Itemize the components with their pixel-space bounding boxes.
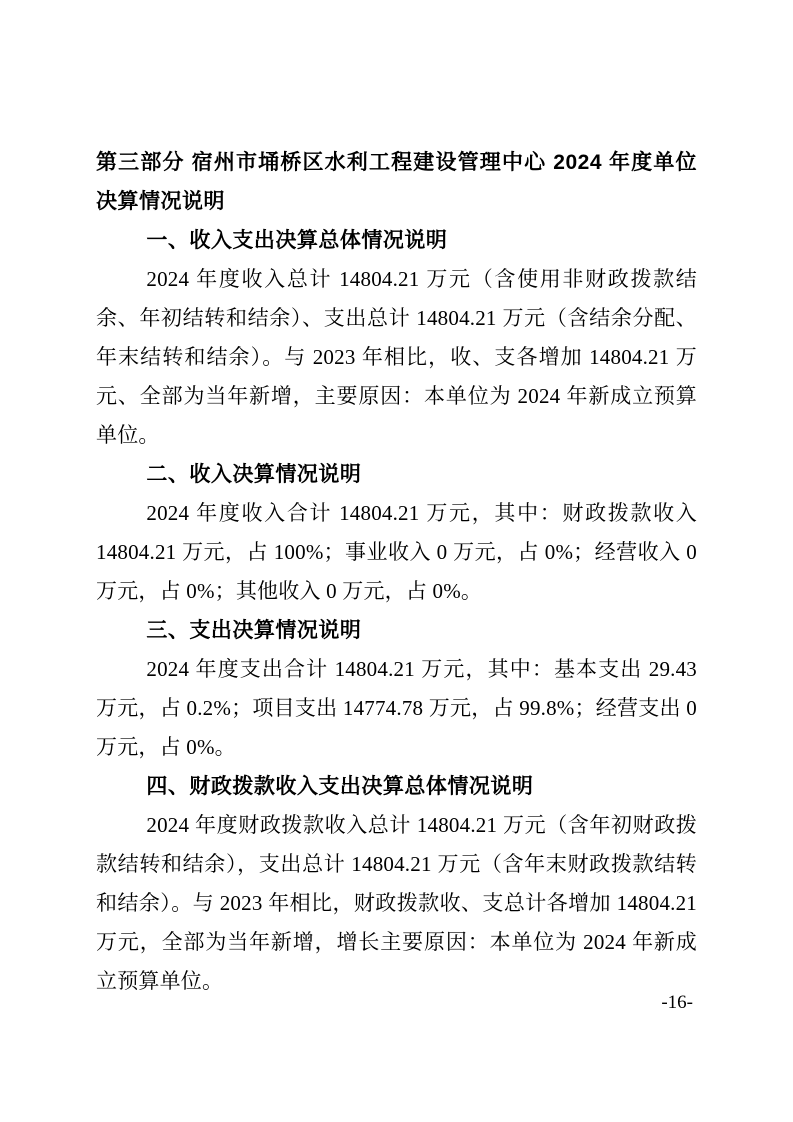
document-title: 第三部分 宿州市埇桥区水利工程建设管理中心 2024 年度单位决算情况说明 xyxy=(96,143,697,221)
section-1-heading: 一、收入支出决算总体情况说明 xyxy=(96,221,697,260)
section-3-paragraph: 2024 年度支出合计 14804.21 万元，其中：基本支出 29.43 万元… xyxy=(96,650,697,767)
section-overall-revenue-expenditure: 一、收入支出决算总体情况说明 2024 年度收入总计 14804.21 万元（含… xyxy=(96,221,697,455)
section-expenditure-details: 三、支出决算情况说明 2024 年度支出合计 14804.21 万元，其中：基本… xyxy=(96,611,697,767)
section-3-heading: 三、支出决算情况说明 xyxy=(96,611,697,650)
section-4-paragraph: 2024 年度财政拨款收入总计 14804.21 万元（含年初财政拨款结转和结余… xyxy=(96,806,697,1001)
section-fiscal-appropriation: 四、财政拨款收入支出决算总体情况说明 2024 年度财政拨款收入总计 14804… xyxy=(96,767,697,1001)
section-revenue-details: 二、收入决算情况说明 2024 年度收入合计 14804.21 万元，其中：财政… xyxy=(96,455,697,611)
section-1-paragraph: 2024 年度收入总计 14804.21 万元（含使用非财政拨款结余、年初结转和… xyxy=(96,260,697,455)
page-number: -16- xyxy=(661,992,693,1014)
section-2-heading: 二、收入决算情况说明 xyxy=(96,455,697,494)
document-page: 第三部分 宿州市埇桥区水利工程建设管理中心 2024 年度单位决算情况说明 一、… xyxy=(0,0,793,1122)
section-2-paragraph: 2024 年度收入合计 14804.21 万元，其中：财政拨款收入 14804.… xyxy=(96,494,697,611)
section-4-heading: 四、财政拨款收入支出决算总体情况说明 xyxy=(96,767,697,806)
